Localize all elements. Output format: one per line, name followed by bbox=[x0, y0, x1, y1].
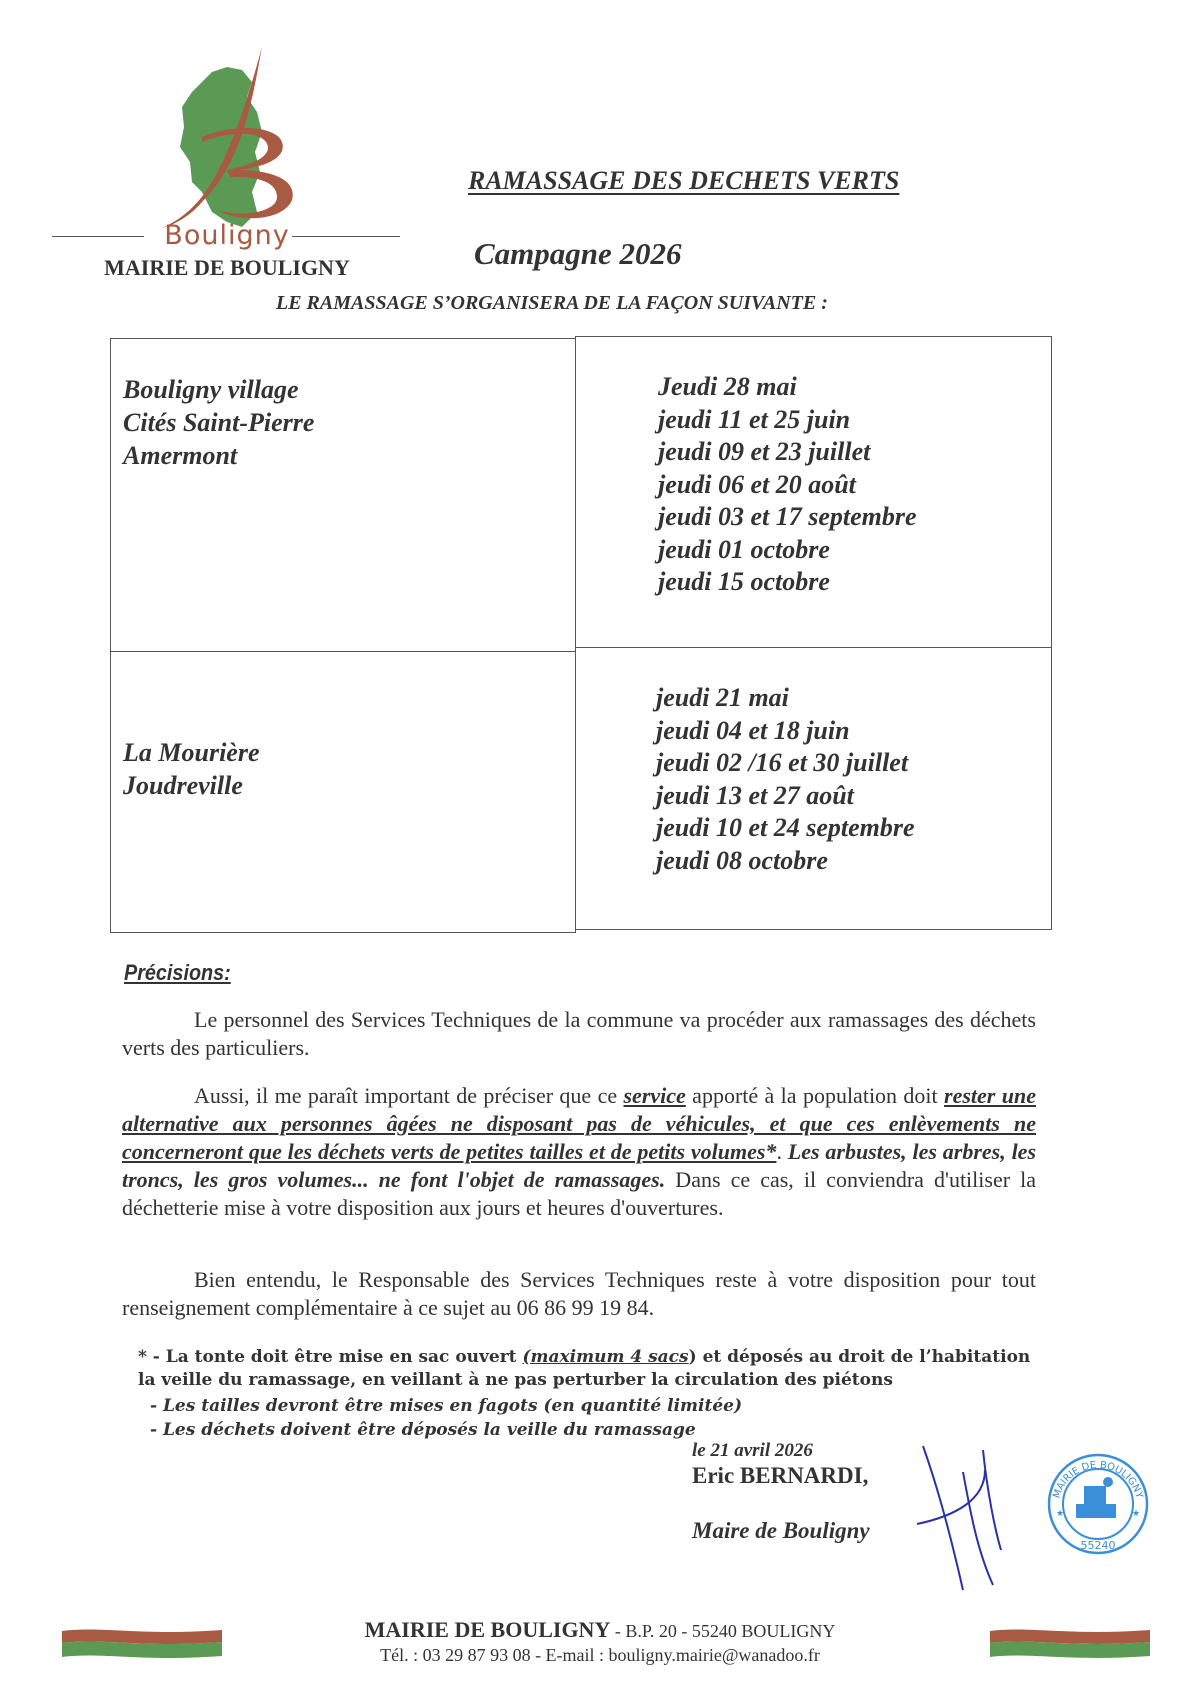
mairie-stamp-icon: MAIRIE DE BOULIGNY ★ ★ 55240 bbox=[1046, 1452, 1150, 1556]
signature-date: le 21 avril 2026 bbox=[692, 1440, 813, 1462]
zone-list: Bouligny villageCités Saint-PierreAmermo… bbox=[123, 373, 314, 472]
collection-date: jeudi 13 et 27 août bbox=[656, 780, 915, 813]
logo-subtitle: MAIRIE DE BOULIGNY bbox=[52, 255, 402, 281]
p2-service-emphasis: service bbox=[624, 1083, 686, 1108]
signatory-role: Maire de Bouligny bbox=[692, 1518, 870, 1544]
municipal-logo: Bouligny MAIRIE DE BOULIGNY bbox=[52, 42, 402, 292]
campaign-year: Campagne 2026 bbox=[474, 236, 682, 272]
handwritten-signature-icon bbox=[915, 1440, 1025, 1600]
collection-date: jeudi 06 et 20 août bbox=[658, 469, 917, 502]
p2-continued: apporté à la population doit bbox=[686, 1083, 944, 1108]
document-title: RAMASSAGE DES DECHETS VERTS bbox=[468, 166, 899, 196]
collection-date: jeudi 01 octobre bbox=[658, 534, 917, 567]
svg-text:★: ★ bbox=[1056, 1508, 1064, 1518]
zone-cell-2: La MourièreJoudreville bbox=[110, 651, 576, 933]
svg-text:55240: 55240 bbox=[1081, 1539, 1116, 1552]
date-list: Jeudi 28 maijeudi 11 et 25 juinjeudi 09 … bbox=[658, 371, 917, 599]
collection-date: Jeudi 28 mai bbox=[658, 371, 917, 404]
footnote-line-2: - Les tailles devront être mises en fago… bbox=[150, 1395, 1050, 1418]
bouligny-emblem-icon bbox=[52, 42, 402, 242]
paragraph-3-text: Bien entendu, le Responsable des Service… bbox=[122, 1267, 1036, 1320]
zone-cell-1: Bouligny villageCités Saint-PierreAmermo… bbox=[110, 338, 576, 652]
collection-date: jeudi 09 et 23 juillet bbox=[658, 436, 917, 469]
paragraph-1: Le personnel des Services Techniques de … bbox=[122, 1006, 1036, 1062]
zone-name: Bouligny village bbox=[123, 373, 314, 406]
zone-name: Cités Saint-Pierre bbox=[123, 406, 314, 439]
note-star-a: * - La tonte doit être mise en sac ouver… bbox=[138, 1347, 522, 1367]
collection-date: jeudi 10 et 24 septembre bbox=[656, 812, 915, 845]
paragraph-1-text: Le personnel des Services Techniques de … bbox=[122, 1007, 1036, 1060]
collection-date: jeudi 15 octobre bbox=[658, 566, 917, 599]
collection-date: jeudi 04 et 18 juin bbox=[656, 715, 915, 748]
signatory-name: Eric BERNARDI, bbox=[692, 1463, 868, 1489]
p2-period: . bbox=[776, 1139, 787, 1164]
logo-wordmark: Bouligny bbox=[52, 220, 402, 251]
footer-po-box: - B.P. 20 - 55240 BOULIGNY bbox=[610, 1621, 835, 1641]
organisation-subtitle: LE RAMASSAGE S’ORGANISERA DE LA FAÇON SU… bbox=[276, 292, 828, 315]
footer-address: MAIRIE DE BOULIGNY - B.P. 20 - 55240 BOU… bbox=[0, 1617, 1200, 1643]
collection-date: jeudi 03 et 17 septembre bbox=[658, 501, 917, 534]
paragraph-2: Aussi, il me paraît important de précise… bbox=[122, 1082, 1036, 1222]
dates-cell-2: jeudi 21 maijeudi 04 et 18 juinjeudi 02 … bbox=[575, 647, 1052, 930]
note-star-max: (maximum 4 sacs bbox=[522, 1347, 688, 1367]
official-stamp: MAIRIE DE BOULIGNY ★ ★ 55240 bbox=[1046, 1452, 1150, 1556]
collection-date: jeudi 02 /16 et 30 juillet bbox=[656, 747, 915, 780]
p2-intro: Aussi, il me paraît important de précise… bbox=[194, 1083, 624, 1108]
date-list: jeudi 21 maijeudi 04 et 18 juinjeudi 02 … bbox=[656, 682, 915, 877]
zone-name: La Mourière bbox=[123, 736, 260, 769]
zone-name: Joudreville bbox=[123, 769, 260, 802]
footnote-line-3: - Les déchets doivent être déposés la ve… bbox=[150, 1419, 1050, 1442]
footer-contact: Tél. : 03 29 87 93 08 - E-mail : boulign… bbox=[0, 1645, 1200, 1666]
zone-name: Amermont bbox=[123, 439, 314, 472]
collection-date: jeudi 11 et 25 juin bbox=[658, 404, 917, 437]
collection-date: jeudi 08 octobre bbox=[656, 845, 915, 878]
collection-date: jeudi 21 mai bbox=[656, 682, 915, 715]
footnote-star: * - La tonte doit être mise en sac ouver… bbox=[138, 1346, 1038, 1392]
footer-org: MAIRIE DE BOULIGNY bbox=[365, 1617, 611, 1642]
dates-cell-1: Jeudi 28 maijeudi 11 et 25 juinjeudi 09 … bbox=[575, 336, 1052, 648]
svg-text:★: ★ bbox=[1132, 1508, 1140, 1518]
paragraph-3: Bien entendu, le Responsable des Service… bbox=[122, 1266, 1036, 1322]
zone-list: La MourièreJoudreville bbox=[123, 736, 260, 802]
precisions-heading: Précisions: bbox=[124, 960, 231, 986]
